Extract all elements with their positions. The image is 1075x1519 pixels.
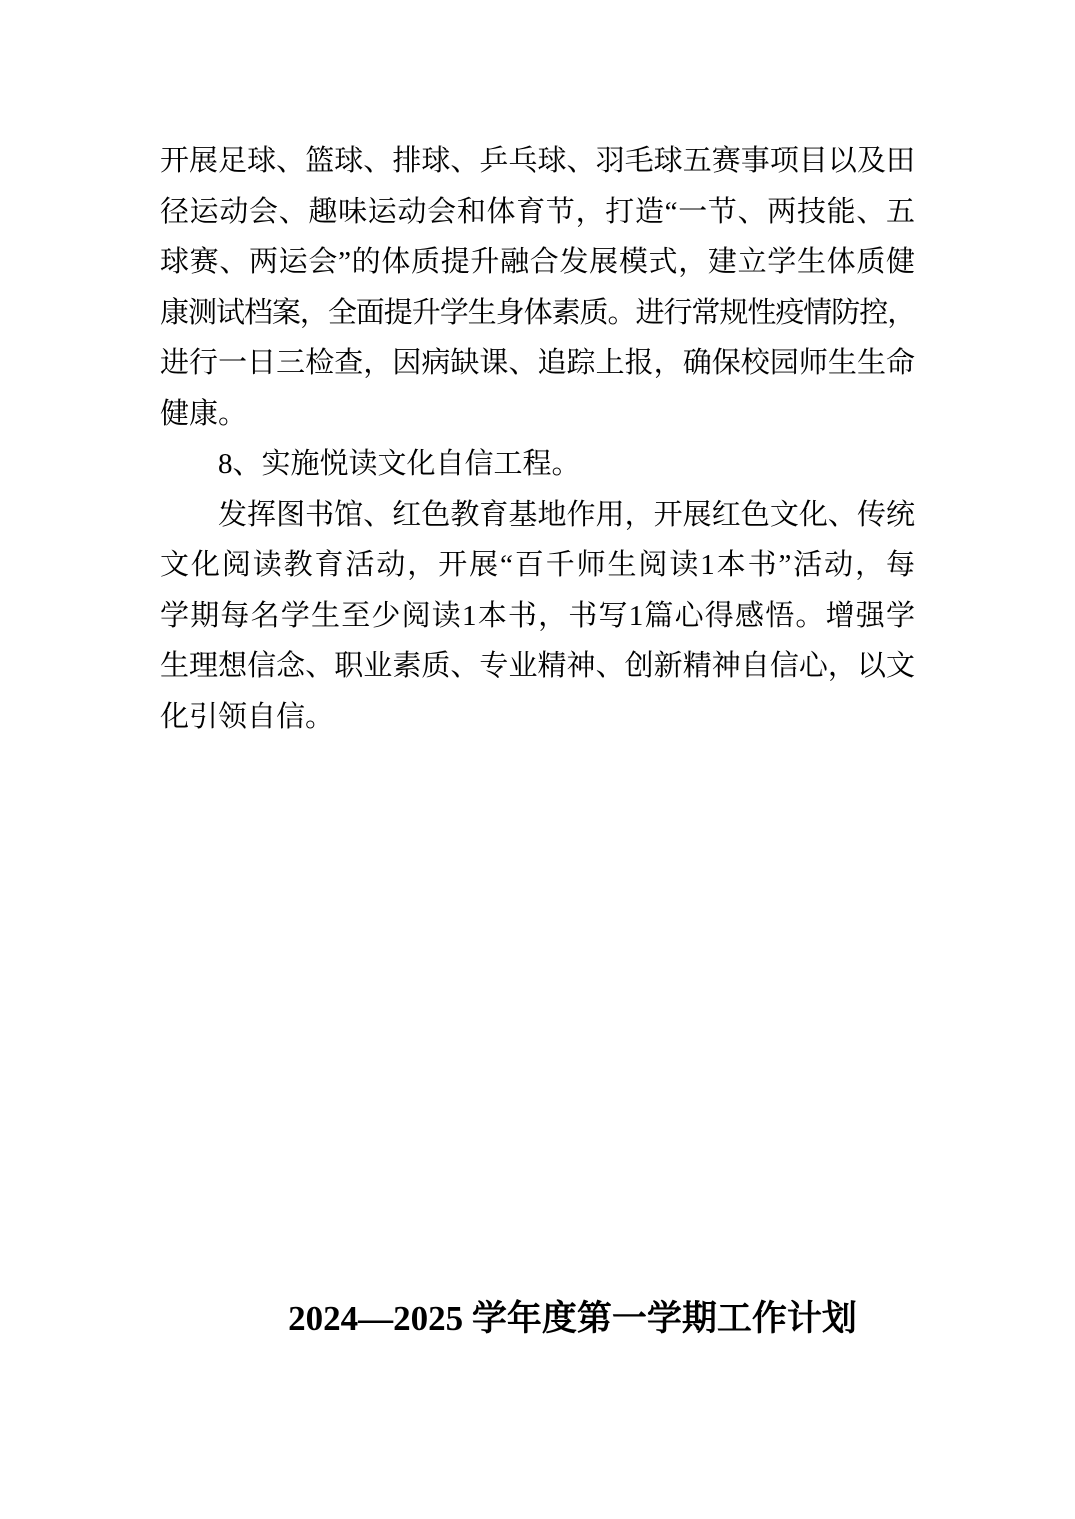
body-line: 径运动会、趣味运动会和体育节，打造“一节、两技能、五	[160, 187, 915, 238]
body-text-block: 开展足球、篮球、排球、乒乓球、羽毛球五赛事项目以及田 径运动会、趣味运动会和体育…	[160, 136, 915, 742]
body-line: 发挥图书馆、红色教育基地作用，开展红色文化、传统	[160, 490, 915, 541]
body-line: 开展足球、篮球、排球、乒乓球、羽毛球五赛事项目以及田	[160, 136, 915, 187]
section-title: 2024—2025 学年度第一学期工作计划	[160, 1299, 985, 1339]
body-line: 进行一日三检查，因病缺课、追踪上报，确保校园师生生命	[160, 338, 915, 389]
body-line: 生理想信念、职业素质、专业精神、创新精神自信心，以文	[160, 641, 915, 692]
body-line: 学期每名学生至少阅读1本书，书写1篇心得感悟。增强学	[160, 591, 915, 642]
body-line: 健康。	[160, 389, 915, 440]
body-line-heading: 8、实施悦读文化自信工程。	[160, 439, 915, 490]
document-page: 开展足球、篮球、排球、乒乓球、羽毛球五赛事项目以及田 径运动会、趣味运动会和体育…	[0, 0, 1075, 1519]
body-line: 球赛、两运会”的体质提升融合发展模式，建立学生体质健	[160, 237, 915, 288]
body-line: 康测试档案，全面提升学生身体素质。进行常规性疫情防控，	[160, 288, 915, 339]
body-line: 文化阅读教育活动，开展“百千师生阅读1本书”活动，每	[160, 540, 915, 591]
body-line: 化引领自信。	[160, 692, 915, 743]
